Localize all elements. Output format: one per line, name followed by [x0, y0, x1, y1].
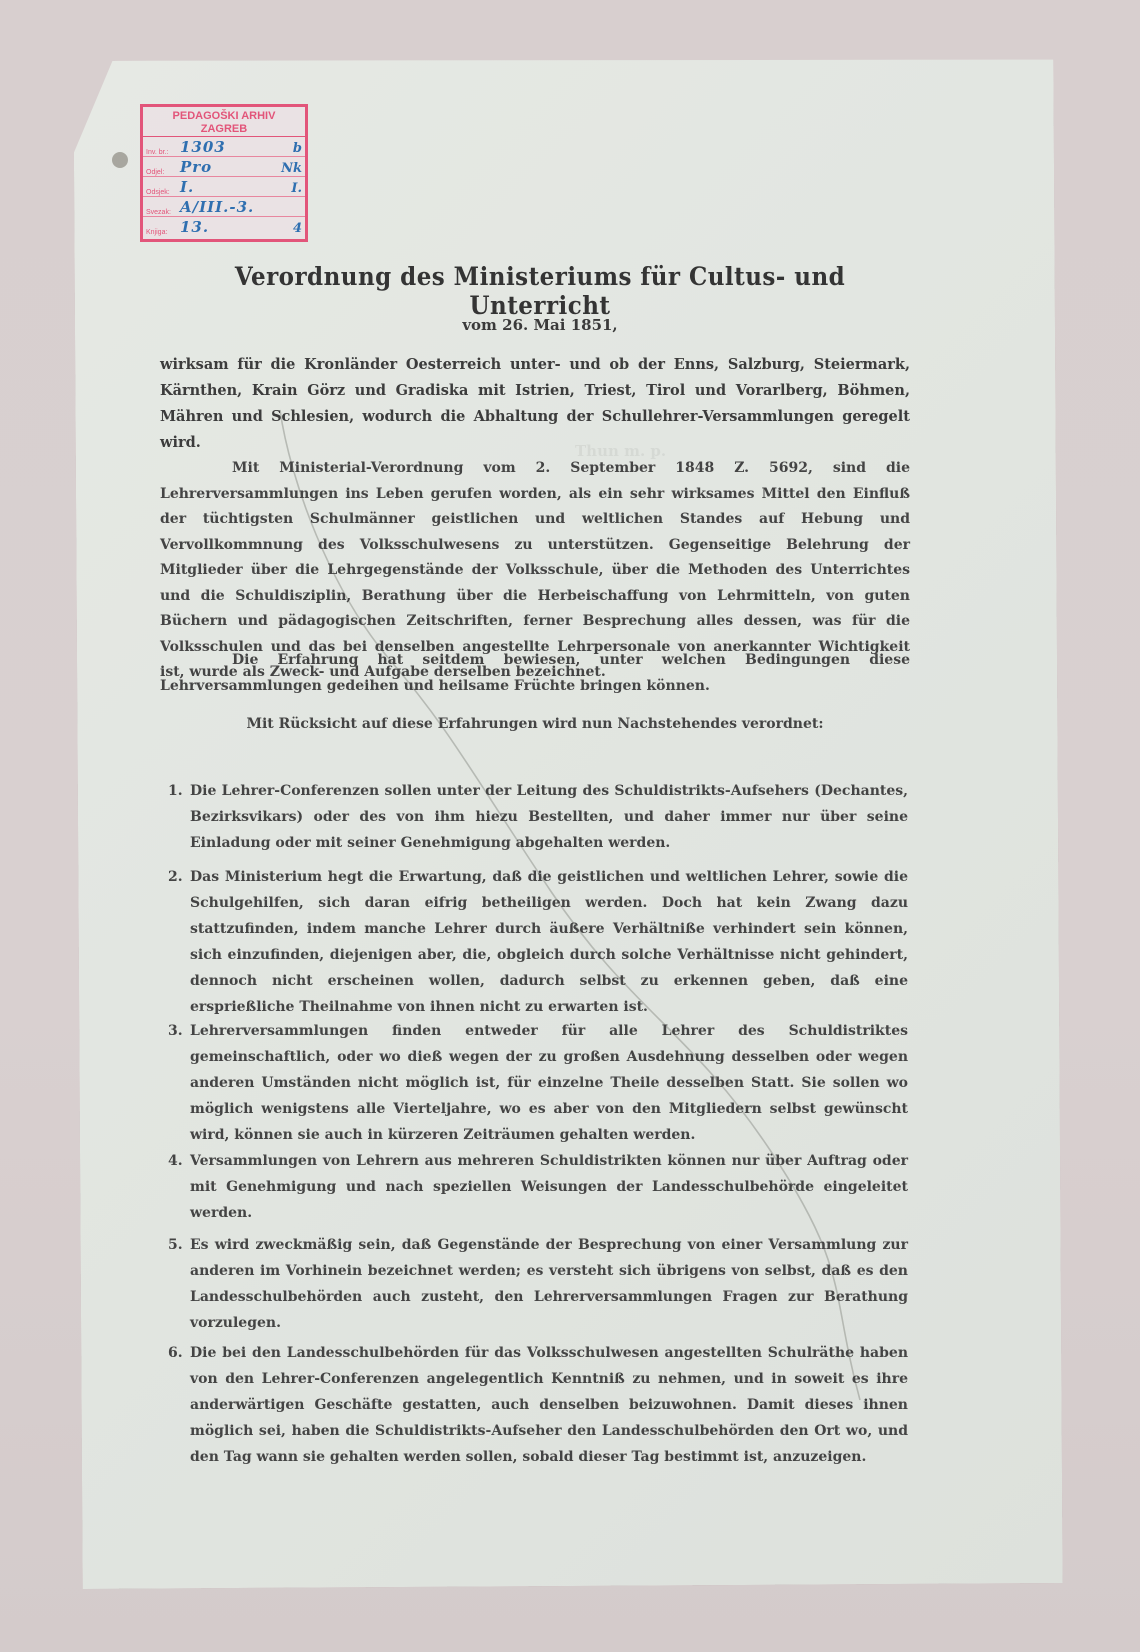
- item-text: Die Lehrer-Conferenzen sollen unter der …: [190, 778, 908, 856]
- stamp-row: Odsjek: I. I.: [143, 177, 305, 197]
- list-item-4: 4. Versammlungen von Lehrern aus mehrere…: [168, 1148, 908, 1226]
- stamp-row: Knjiga: 13. 4: [143, 217, 305, 236]
- paragraph-3: Mit Rücksicht auf diese Erfahrungen wird…: [160, 712, 910, 738]
- list-item-1: 1. Die Lehrer-Conferenzen sollen unter d…: [168, 778, 908, 856]
- item-text: Das Ministerium hegt die Erwartung, daß …: [190, 864, 908, 1020]
- stamp-row: Odjel: Pro Nk: [143, 157, 305, 177]
- stamp-suffix: Nk: [272, 161, 305, 176]
- stamp-suffix: 4: [272, 221, 305, 236]
- item-number: 4.: [168, 1148, 190, 1226]
- stamp-value: 1303: [180, 138, 272, 156]
- punch-hole: [112, 152, 128, 168]
- stamp-value: Pro: [180, 158, 272, 176]
- item-number: 5.: [168, 1232, 190, 1336]
- item-text: Lehrerversammlungen finden entweder für …: [190, 1018, 908, 1148]
- list-item-3: 3. Lehrerversammlungen finden entweder f…: [168, 1018, 908, 1148]
- archive-stamp: PEDAGOŠKI ARHIV ZAGREB Inv. br.: 1303 b …: [140, 104, 308, 242]
- item-number: 6.: [168, 1340, 190, 1470]
- item-text: Es wird zweckmäßig sein, daß Gegenstände…: [190, 1232, 908, 1336]
- stamp-suffix: b: [272, 141, 305, 156]
- item-text: Versammlungen von Lehrern aus mehreren S…: [190, 1148, 908, 1226]
- paragraph-2: Die Erfahrung hat seitdem bewiesen, unte…: [160, 648, 910, 699]
- list-item-6: 6. Die bei den Landesschulbehörden für d…: [168, 1340, 908, 1470]
- stamp-label: Inv. br.:: [146, 149, 180, 156]
- list-item-5: 5. Es wird zweckmäßig sein, daß Gegenstä…: [168, 1232, 908, 1336]
- stamp-city: ZAGREB: [143, 123, 305, 136]
- document-intro: wirksam für die Kronländer Oesterreich u…: [160, 352, 910, 456]
- document-title: Verordnung des Ministeriums für Cultus- …: [218, 262, 862, 320]
- stamp-suffix: I.: [272, 181, 305, 196]
- stamp-row: Inv. br.: 1303 b: [143, 137, 305, 157]
- document-date: vom 26. Mai 1851,: [190, 316, 890, 334]
- stamp-value: I.: [180, 178, 272, 196]
- stamp-label: Odjel:: [146, 169, 180, 176]
- stamp-header: PEDAGOŠKI ARHIV ZAGREB: [143, 107, 305, 137]
- list-item-2: 2. Das Ministerium hegt die Erwartung, d…: [168, 864, 908, 1020]
- stamp-row: Svezak: A/III.-3.: [143, 197, 305, 217]
- item-number: 3.: [168, 1018, 190, 1148]
- stamp-label: Svezak:: [146, 209, 180, 216]
- stamp-institution: PEDAGOŠKI ARHIV: [143, 110, 305, 123]
- item-text: Die bei den Landesschulbehörden für das …: [190, 1340, 908, 1470]
- item-number: 1.: [168, 778, 190, 856]
- stamp-label: Odsjek:: [146, 189, 180, 196]
- stamp-label: Knjiga:: [146, 229, 180, 236]
- stamp-value: 13.: [180, 218, 272, 236]
- item-number: 2.: [168, 864, 190, 1020]
- stamp-value: A/III.-3.: [180, 198, 272, 216]
